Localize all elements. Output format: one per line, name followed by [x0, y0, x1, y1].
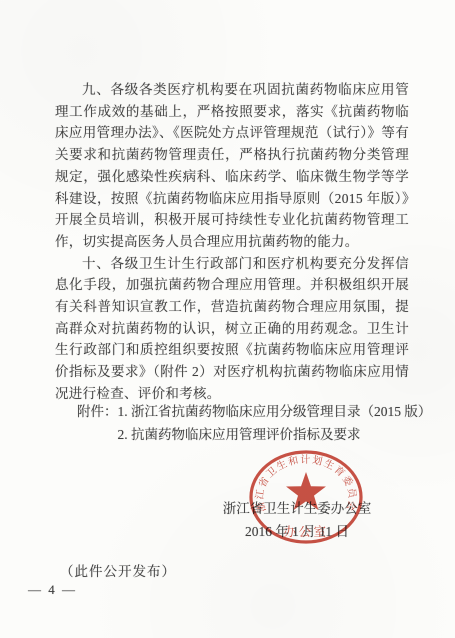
document-page: 九、各级各类医疗机构要在巩固抗菌药物临床应用管理工作成效的基础上，严格按照要求，… — [0, 0, 455, 638]
attachment-items: 1. 浙江省抗菌药物临床应用分级管理目录（2015 版） 2. 抗菌药物临床应用… — [118, 401, 432, 446]
official-seal: 浙江省卫生和计划生育委员会 办公室 — [247, 449, 365, 547]
paragraph-ten: 十、各级卫生计生行政部门和医疗机构要充分发挥信息化手段，加强抗菌药物合理应用管理… — [55, 253, 409, 405]
attachment-item-1: 1. 浙江省抗菌药物临床应用分级管理目录（2015 版） — [118, 401, 432, 424]
attachment-list: 附件： 1. 浙江省抗菌药物临床应用分级管理目录（2015 版） 2. 抗菌药物… — [77, 401, 431, 446]
seal-bottom-text: 办公室 — [283, 524, 328, 539]
attachment-label: 附件： — [77, 401, 118, 446]
public-release-note: （此件公开发布） — [60, 560, 176, 580]
page-number: — 4 — — [28, 582, 77, 598]
document-body: 九、各级各类医疗机构要在巩固抗菌药物临床应用管理工作成效的基础上，严格按照要求，… — [55, 79, 409, 405]
star-icon — [286, 472, 326, 510]
paragraph-nine: 九、各级各类医疗机构要在巩固抗菌药物临床应用管理工作成效的基础上，严格按照要求，… — [55, 79, 409, 253]
attachment-item-2: 2. 抗菌药物临床应用管理评价指标及要求 — [118, 424, 432, 447]
